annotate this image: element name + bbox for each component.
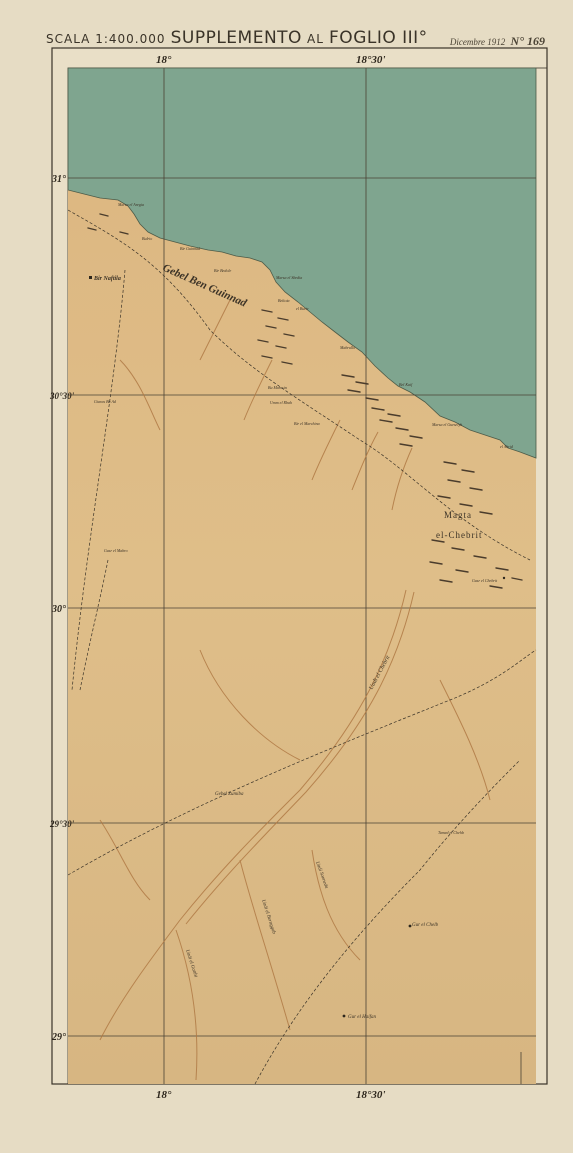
label-bu-marosin: Bu Marosin [268,385,287,390]
map-sheet: SCALA 1:400.000 SUPPLEMENTO AL FOGLIO II… [0,0,573,1153]
lat-31: 31° [51,174,66,185]
lat-30-30: 30°30' [49,391,75,401]
gur-haifan-marker [343,1015,346,1018]
label-el-ahrid: el Ahrid [500,444,514,449]
gur-chelb-marker [409,925,412,928]
label-umm-el-rbah: Umm el Rbah [270,400,292,405]
label-tamed-chehb: Tamed el Chehb [438,830,464,835]
label-gur-haifan: Gur el Haifan [348,1015,377,1020]
label-marsa-sbedia: Marsa el Sbedia [275,275,302,280]
label-el-chebrit: el-Chebrit [436,530,483,540]
lon-bottom-18: 18° [156,1089,172,1101]
label-marsa-aregia: Marsa el Aregia [117,202,144,207]
label-marsa-gueselyh: Marsa el Gueselyh [431,422,462,427]
label-bir-marchina: Bir el Marchina [294,421,320,426]
lat-29: 29° [51,1032,66,1043]
label-gasr-mabro: Gasr el Mabro [104,548,128,553]
label-el-bueir: el Bueir [296,306,309,311]
label-gebel-zumiba: Gebel Zumiba [215,792,244,797]
lat-29-30: 29°30' [49,819,75,829]
label-bir-guinnad: Bir Guinnad [180,246,201,251]
lon-top-18: 18° [156,54,172,66]
label-magta: Magta [444,510,472,520]
label-gasr-chebrit: Gasr el Chebrit [472,578,498,583]
label-bulrio: Bulrio [142,236,152,241]
lon-bottom-18-30: 18°30' [356,1089,385,1101]
label-bir-bedole: Bir Bedole [214,268,231,273]
label-gur-chelb: Gur el Chelb [412,923,439,928]
bir-naftila-marker [89,276,92,279]
label-bel-kaif: Bel Kaif [399,382,413,387]
lat-30: 30° [51,604,66,615]
label-mabrullo: Mabrullo [339,345,355,350]
label-giaras-bu-ad: Giaras Bu Ad [94,399,117,404]
label-bir-naftila: Bir Naftila [93,276,121,282]
label-beltoia: Beltoia [278,298,290,303]
map-canvas[interactable]: 18° 18°30' 18° 18°30' 31° 30°30' 30° 29°… [0,0,573,1153]
lon-top-18-30: 18°30' [356,54,385,66]
